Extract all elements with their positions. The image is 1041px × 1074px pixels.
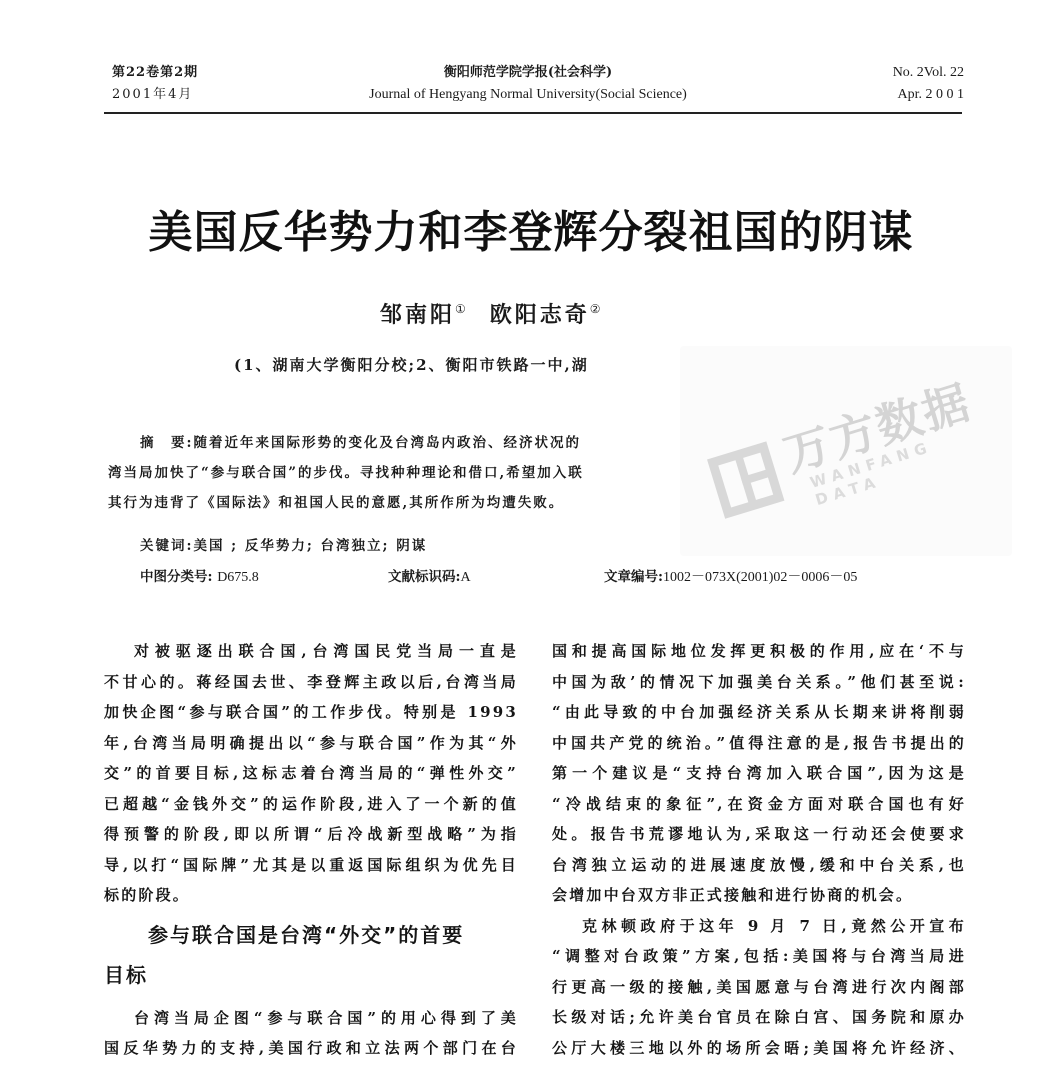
paragraph-line: 不甘心的。蒋经国去世、李登辉主政以后,台湾当局: [104, 667, 518, 698]
author-footnote-mark: ②: [590, 302, 601, 316]
keywords-line: 关键词:美国 ; 反华势力; 台湾独立; 阴谋: [140, 535, 720, 557]
author-list: 邹南阳①欧阳志奇②: [380, 298, 601, 329]
header-rule: [104, 112, 962, 114]
wanfang-logo-icon: [707, 441, 784, 518]
paragraph-line: 会增加中台双方非正式接触和进行协商的机会。: [552, 880, 966, 911]
paragraph-line: 第一个建议是“支持台湾加入联合国”,因为这是: [552, 758, 966, 789]
paragraph-line: 长级对话;允许美台官员在除白宫、国务院和原办: [552, 1002, 966, 1033]
header-center: 衡阳师范学院学报(社会科学) Journal of Hengyang Norma…: [318, 62, 738, 106]
paragraph-line: 台湾独立运动的进展速度放慢,缓和中台关系,也: [552, 850, 966, 881]
paragraph-line: 国和提高国际地位发挥更积极的作用,应在‘不与: [552, 636, 966, 667]
paragraph-line: 加快企图“参与联合国”的工作步伐。特别是 1993: [104, 697, 518, 728]
author-name: 邹南阳: [380, 302, 455, 328]
date-cn: 2001年4月: [112, 84, 198, 106]
paragraph-line: 处。报告书荒谬地认为,采取这一行动还会使要求: [552, 819, 966, 850]
author-name: 欧阳志奇: [490, 302, 590, 328]
paragraph-line: 中国为敌’的情况下加强美台关系。”他们甚至说:: [552, 667, 966, 698]
paragraph-line: “冷战结束的象征”,在资金方面对联合国也有好: [552, 789, 966, 820]
document-code: 文献标识码:A: [388, 566, 471, 589]
section-heading-line: 目标: [104, 955, 518, 995]
paragraph-line: 导,以打“国际牌”尤其是以重返国际组织为优先目: [104, 850, 518, 881]
paragraph-line: 标的阶段。: [104, 880, 518, 911]
paragraph-line: 对被驱逐出联合国,台湾国民党当局一直是: [104, 636, 518, 667]
body-column-right: 国和提高国际地位发挥更积极的作用,应在‘不与 中国为敌’的情况下加强美台关系。”…: [552, 636, 966, 1063]
section-heading: 参与联合国是台湾“外交”的首要 目标: [104, 915, 518, 995]
journal-page: 第22卷第2期 2001年4月 衡阳师范学院学报(社会科学) Journal o…: [0, 0, 1041, 1074]
paragraph-line: 已超越“金钱外交”的运作阶段,进入了一个新的值: [104, 789, 518, 820]
body-column-left: 对被驱逐出联合国,台湾国民党当局一直是 不甘心的。蒋经国去世、李登辉主政以后,台…: [104, 636, 518, 1064]
journal-name-en: Journal of Hengyang Normal University(So…: [318, 84, 738, 106]
doc-code-value: A: [460, 570, 470, 585]
paragraph-line: 中国共产党的统治。”值得注意的是,报告书提出的: [552, 728, 966, 759]
section-heading-line: 参与联合国是台湾“外交”的首要: [104, 915, 518, 955]
paragraph-line: 公厅大楼三地以外的场所会晤;美国将允许经济、: [552, 1033, 966, 1064]
header-left: 第22卷第2期 2001年4月: [112, 62, 198, 106]
clc-value: D675.8: [217, 570, 259, 585]
paragraph-line: 年,台湾当局明确提出以“参与联合国”作为其“外: [104, 728, 518, 759]
paragraph-line: 台湾当局企图“参与联合国”的用心得到了美: [104, 1003, 518, 1034]
doc-code-label: 文献标识码:: [388, 569, 460, 585]
keywords-value: 美国 ; 反华势力; 台湾独立; 阴谋: [193, 538, 427, 554]
paragraph-line: 国反华势力的支持,美国行政和立法两个部门在台: [104, 1033, 518, 1064]
abstract-label: 摘 要:: [140, 435, 193, 451]
abstract-line: 湾当局加快了“参与联合国”的步伐。寻找种种理论和借口,希望加入联: [108, 462, 688, 484]
author-affiliation: (1、湖南大学衡阳分校;2、衡阳市铁路一中,湖: [234, 354, 589, 375]
author-footnote-mark: ①: [455, 302, 466, 316]
clc-number: 中图分类号: D675.8: [140, 566, 259, 589]
article-no-label: 文章编号:: [604, 569, 663, 585]
date-en: Apr. 2 0 0 1: [868, 84, 964, 106]
article-number: 文章编号:1002－073X(2001)02－0006－05: [604, 566, 857, 589]
article-title: 美国反华势力和李登辉分裂祖国的阴谋: [100, 196, 962, 260]
paragraph-line: 克林顿政府于这年 9 月 7 日,竟然公开宣布: [552, 911, 966, 942]
header-right: No. 2Vol. 22 Apr. 2 0 0 1: [868, 62, 964, 106]
paragraph-line: 交”的首要目标,这标志着台湾当局的“弹性外交”: [104, 758, 518, 789]
paragraph-line: 得预警的阶段,即以所谓“后冷战新型战略”为指: [104, 819, 518, 850]
paragraph-line: “调整对台政策”方案,包括:美国将与台湾当局进: [552, 941, 966, 972]
abstract-line: 其行为违背了《国际法》和祖国人民的意愿,其所作所为均遭失败。: [108, 492, 688, 514]
volume-issue-cn: 第22卷第2期: [112, 62, 198, 84]
clc-label: 中图分类号:: [140, 569, 212, 585]
watermark-content: 万方数据 WANFANG DATA: [698, 346, 1007, 536]
volume-issue-en: No. 2Vol. 22: [868, 62, 964, 84]
article-no-value: 1002－073X(2001)02－0006－05: [663, 570, 857, 585]
abstract-text: 随着近年来国际形势的变化及台湾岛内政治、经济状况的: [193, 435, 581, 451]
wanfang-watermark: 万方数据 WANFANG DATA: [680, 346, 1012, 556]
paragraph-line: “由此导致的中台加强经济关系从长期来讲将削弱: [552, 697, 966, 728]
keywords-label: 关键词:: [140, 538, 193, 554]
journal-name-cn: 衡阳师范学院学报(社会科学): [318, 62, 738, 84]
paragraph-line: 行更高一级的接触,美国愿意与台湾进行次内阁部: [552, 972, 966, 1003]
abstract-line: 摘 要:随着近年来国际形势的变化及台湾岛内政治、经济状况的: [140, 432, 720, 454]
